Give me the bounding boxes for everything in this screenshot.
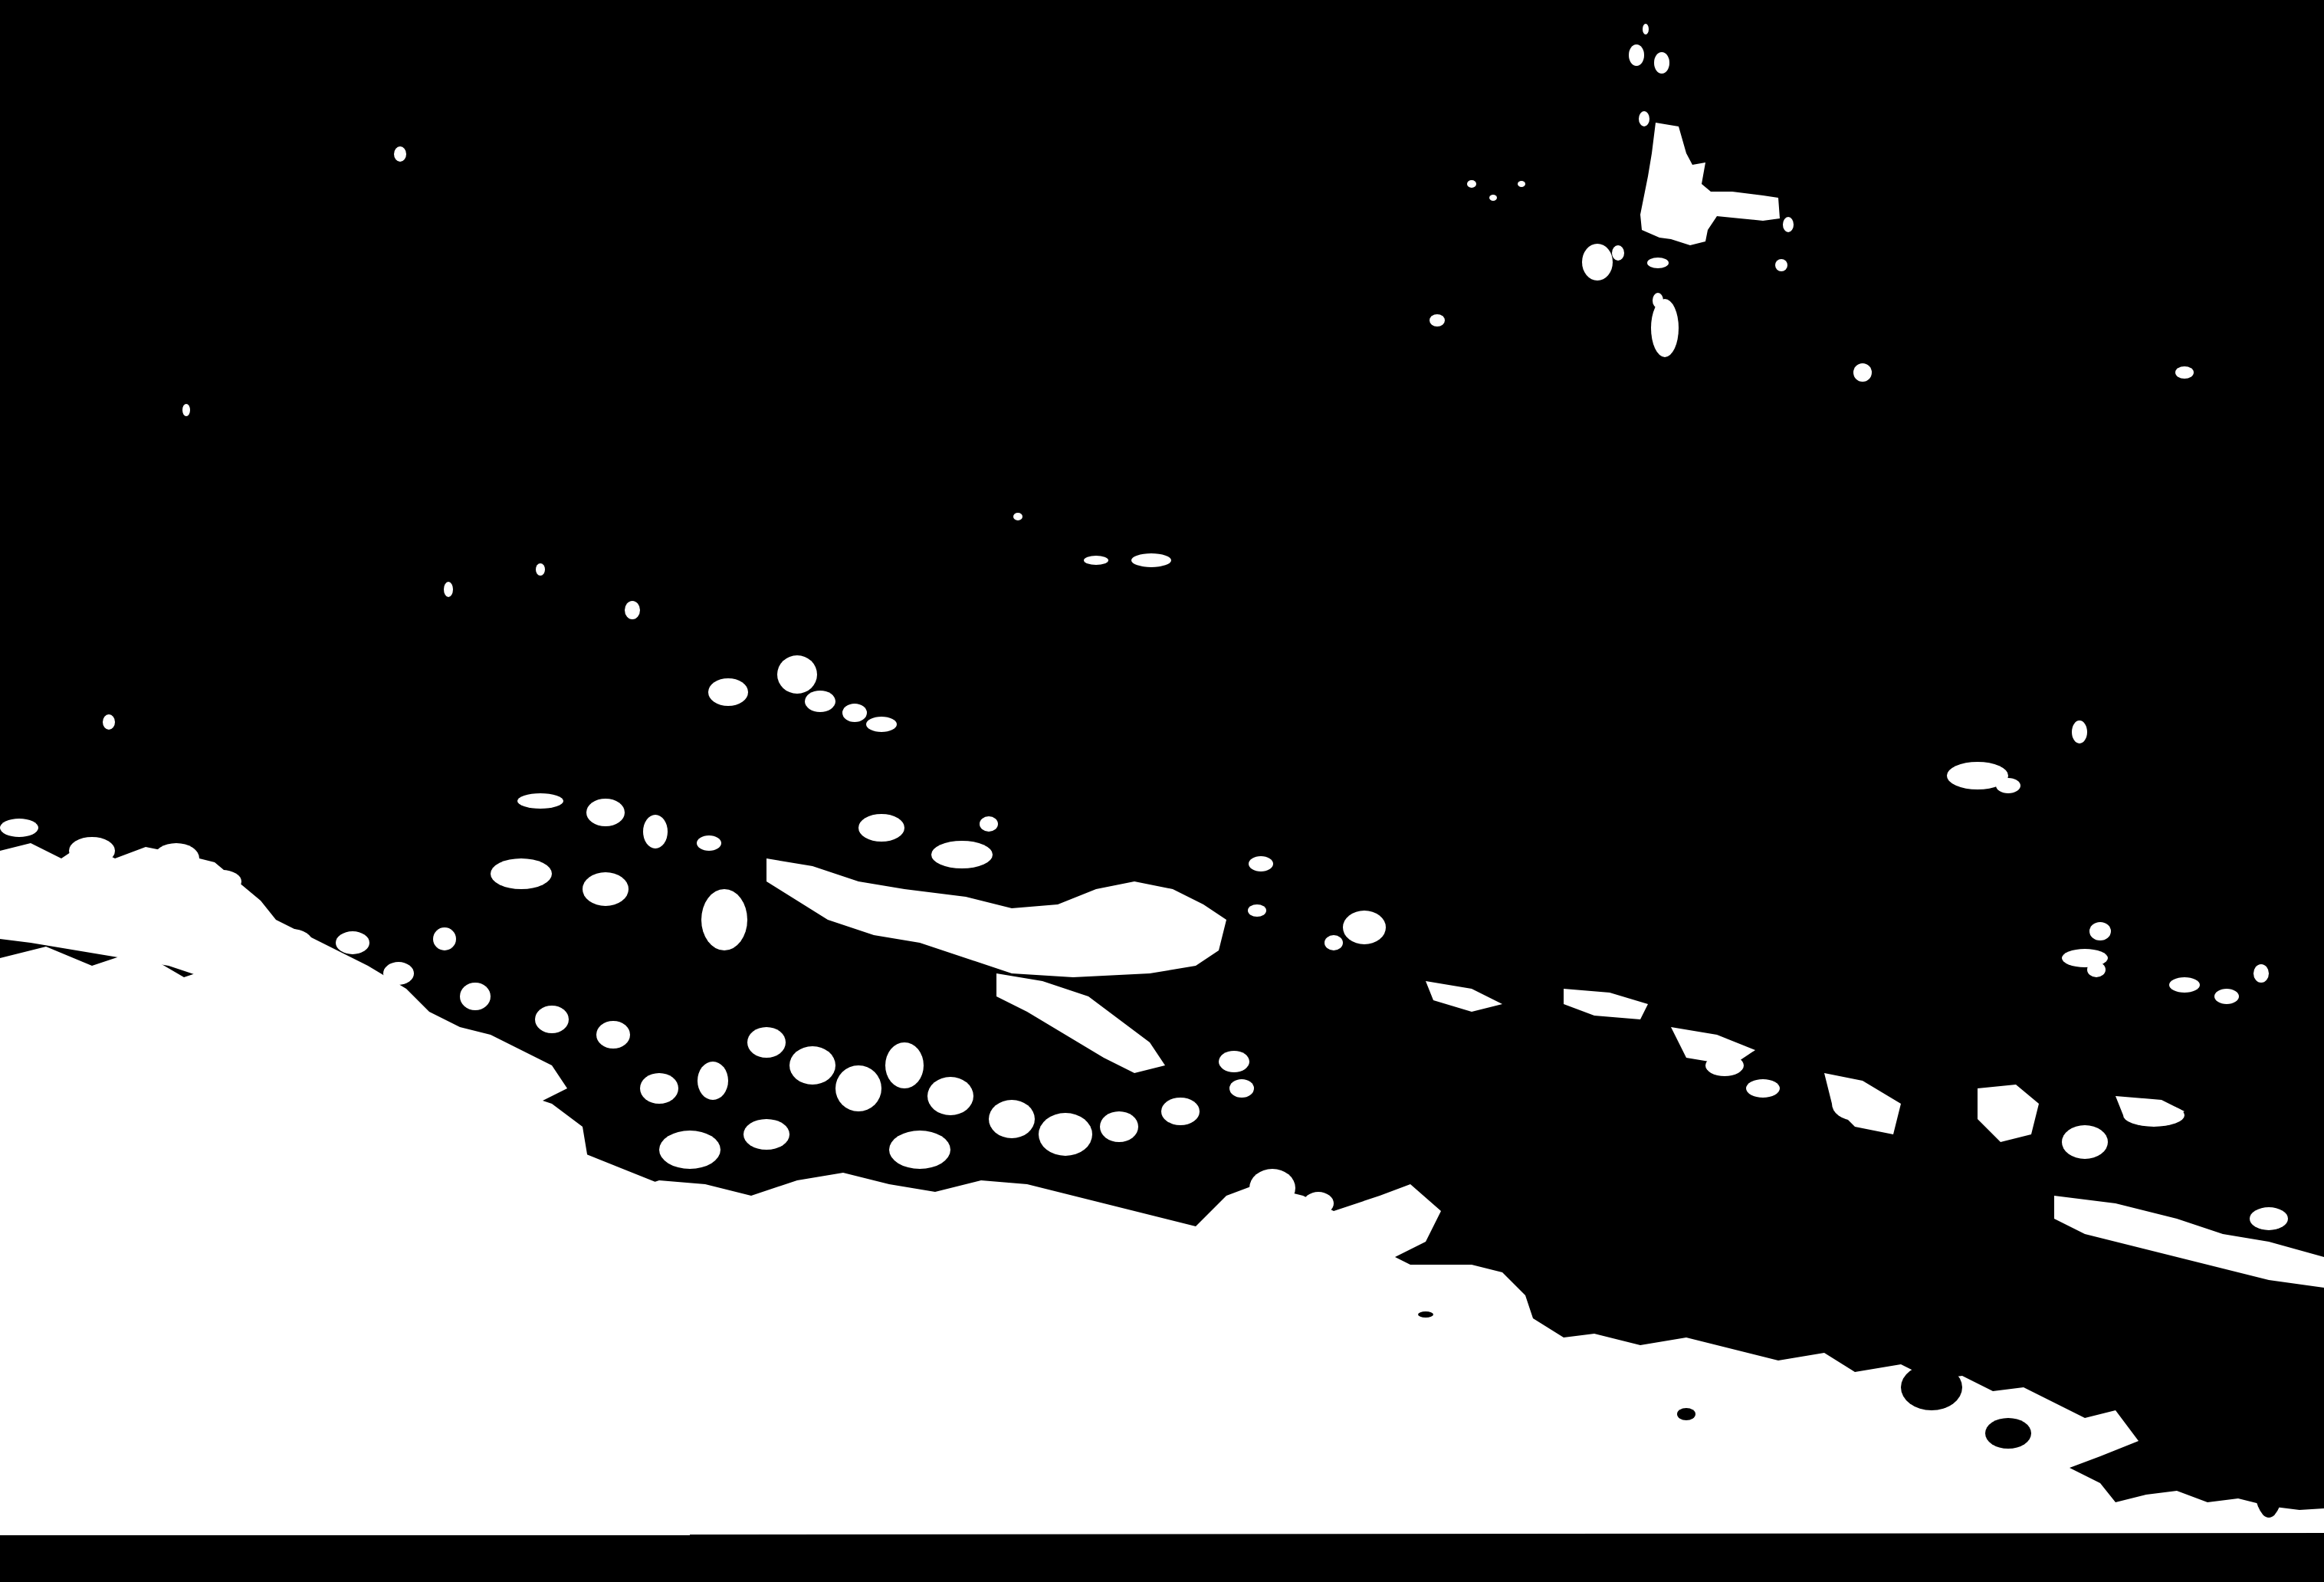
blob	[1324, 935, 1343, 950]
blob	[491, 858, 552, 889]
blob	[866, 717, 897, 732]
blob	[885, 1042, 924, 1088]
blob	[1518, 181, 1525, 187]
blob	[747, 1027, 786, 1058]
blob	[1783, 217, 1794, 232]
blob	[517, 793, 563, 809]
blob	[536, 563, 545, 576]
blob	[1651, 299, 1679, 357]
blob	[103, 714, 115, 730]
blob	[1467, 180, 1476, 188]
blob	[2072, 720, 2087, 743]
blob	[2214, 989, 2239, 1004]
blob	[1705, 1055, 1744, 1076]
hole	[1418, 1311, 1433, 1318]
blob	[1219, 1051, 1249, 1072]
blob	[336, 931, 369, 954]
blob	[2253, 964, 2269, 983]
blob	[69, 837, 115, 865]
blob	[835, 1065, 881, 1111]
blob	[643, 815, 668, 848]
blob	[858, 814, 904, 842]
blob	[2089, 922, 2111, 940]
blob	[0, 819, 38, 837]
blob	[1131, 553, 1171, 567]
blob	[1161, 1098, 1200, 1125]
blob	[1248, 904, 1266, 917]
blob	[1343, 911, 1386, 944]
blob	[927, 1077, 973, 1115]
blob	[203, 870, 241, 893]
blob	[1039, 1113, 1092, 1156]
blob	[1996, 778, 2020, 793]
blob	[931, 841, 993, 868]
blob	[1229, 1079, 1254, 1098]
blob	[697, 835, 721, 851]
blob	[698, 1062, 728, 1100]
blob	[2062, 1125, 2108, 1159]
blob	[743, 1119, 789, 1150]
blob	[1430, 314, 1445, 327]
blob	[394, 146, 406, 162]
blob	[701, 889, 747, 950]
blob	[1084, 556, 1108, 565]
blob	[640, 1073, 678, 1104]
blob	[1100, 1111, 1138, 1142]
blob	[270, 929, 313, 957]
blob	[789, 1046, 835, 1085]
hole	[2253, 1441, 2284, 1518]
blob	[777, 655, 817, 694]
blob	[586, 799, 625, 826]
blob	[383, 962, 414, 985]
blob	[889, 1131, 950, 1169]
blob	[2062, 949, 2108, 967]
blob	[1832, 1087, 1878, 1121]
blob	[1249, 856, 1273, 871]
blob	[1612, 245, 1624, 261]
blob	[2175, 366, 2194, 379]
blob	[1629, 44, 1644, 66]
blob	[989, 1100, 1035, 1138]
blob	[2123, 1104, 2184, 1127]
blob	[182, 404, 190, 416]
blob	[1303, 1192, 1334, 1215]
blob	[708, 678, 748, 706]
blob	[1746, 1079, 1780, 1098]
hole	[1677, 1408, 1695, 1420]
blob	[1647, 258, 1669, 268]
hole	[1901, 1364, 1962, 1410]
blob	[625, 601, 640, 619]
blob	[805, 691, 835, 712]
blob	[2250, 1207, 2288, 1230]
blob	[444, 582, 453, 597]
binary-mask-image	[0, 0, 2324, 1582]
blob	[2169, 977, 2200, 993]
blob	[583, 872, 629, 906]
blob	[659, 1131, 721, 1169]
blob	[1639, 111, 1649, 126]
blob	[433, 927, 456, 950]
blob	[1654, 52, 1669, 74]
blob	[1249, 1169, 1295, 1207]
hole	[1985, 1418, 2031, 1449]
bottom-black-band	[0, 1537, 2324, 1582]
hole	[2162, 1395, 2253, 1456]
blob	[1489, 195, 1497, 201]
blob	[1582, 244, 1613, 281]
blob	[153, 843, 199, 874]
blob	[1853, 363, 1872, 382]
blob	[460, 983, 491, 1010]
blob	[1643, 24, 1649, 34]
blob	[1013, 513, 1022, 520]
blob	[596, 1021, 630, 1049]
blob	[1775, 259, 1787, 271]
blob	[535, 1006, 569, 1033]
blob	[842, 704, 867, 722]
blob	[1653, 293, 1663, 308]
blob	[980, 816, 998, 832]
